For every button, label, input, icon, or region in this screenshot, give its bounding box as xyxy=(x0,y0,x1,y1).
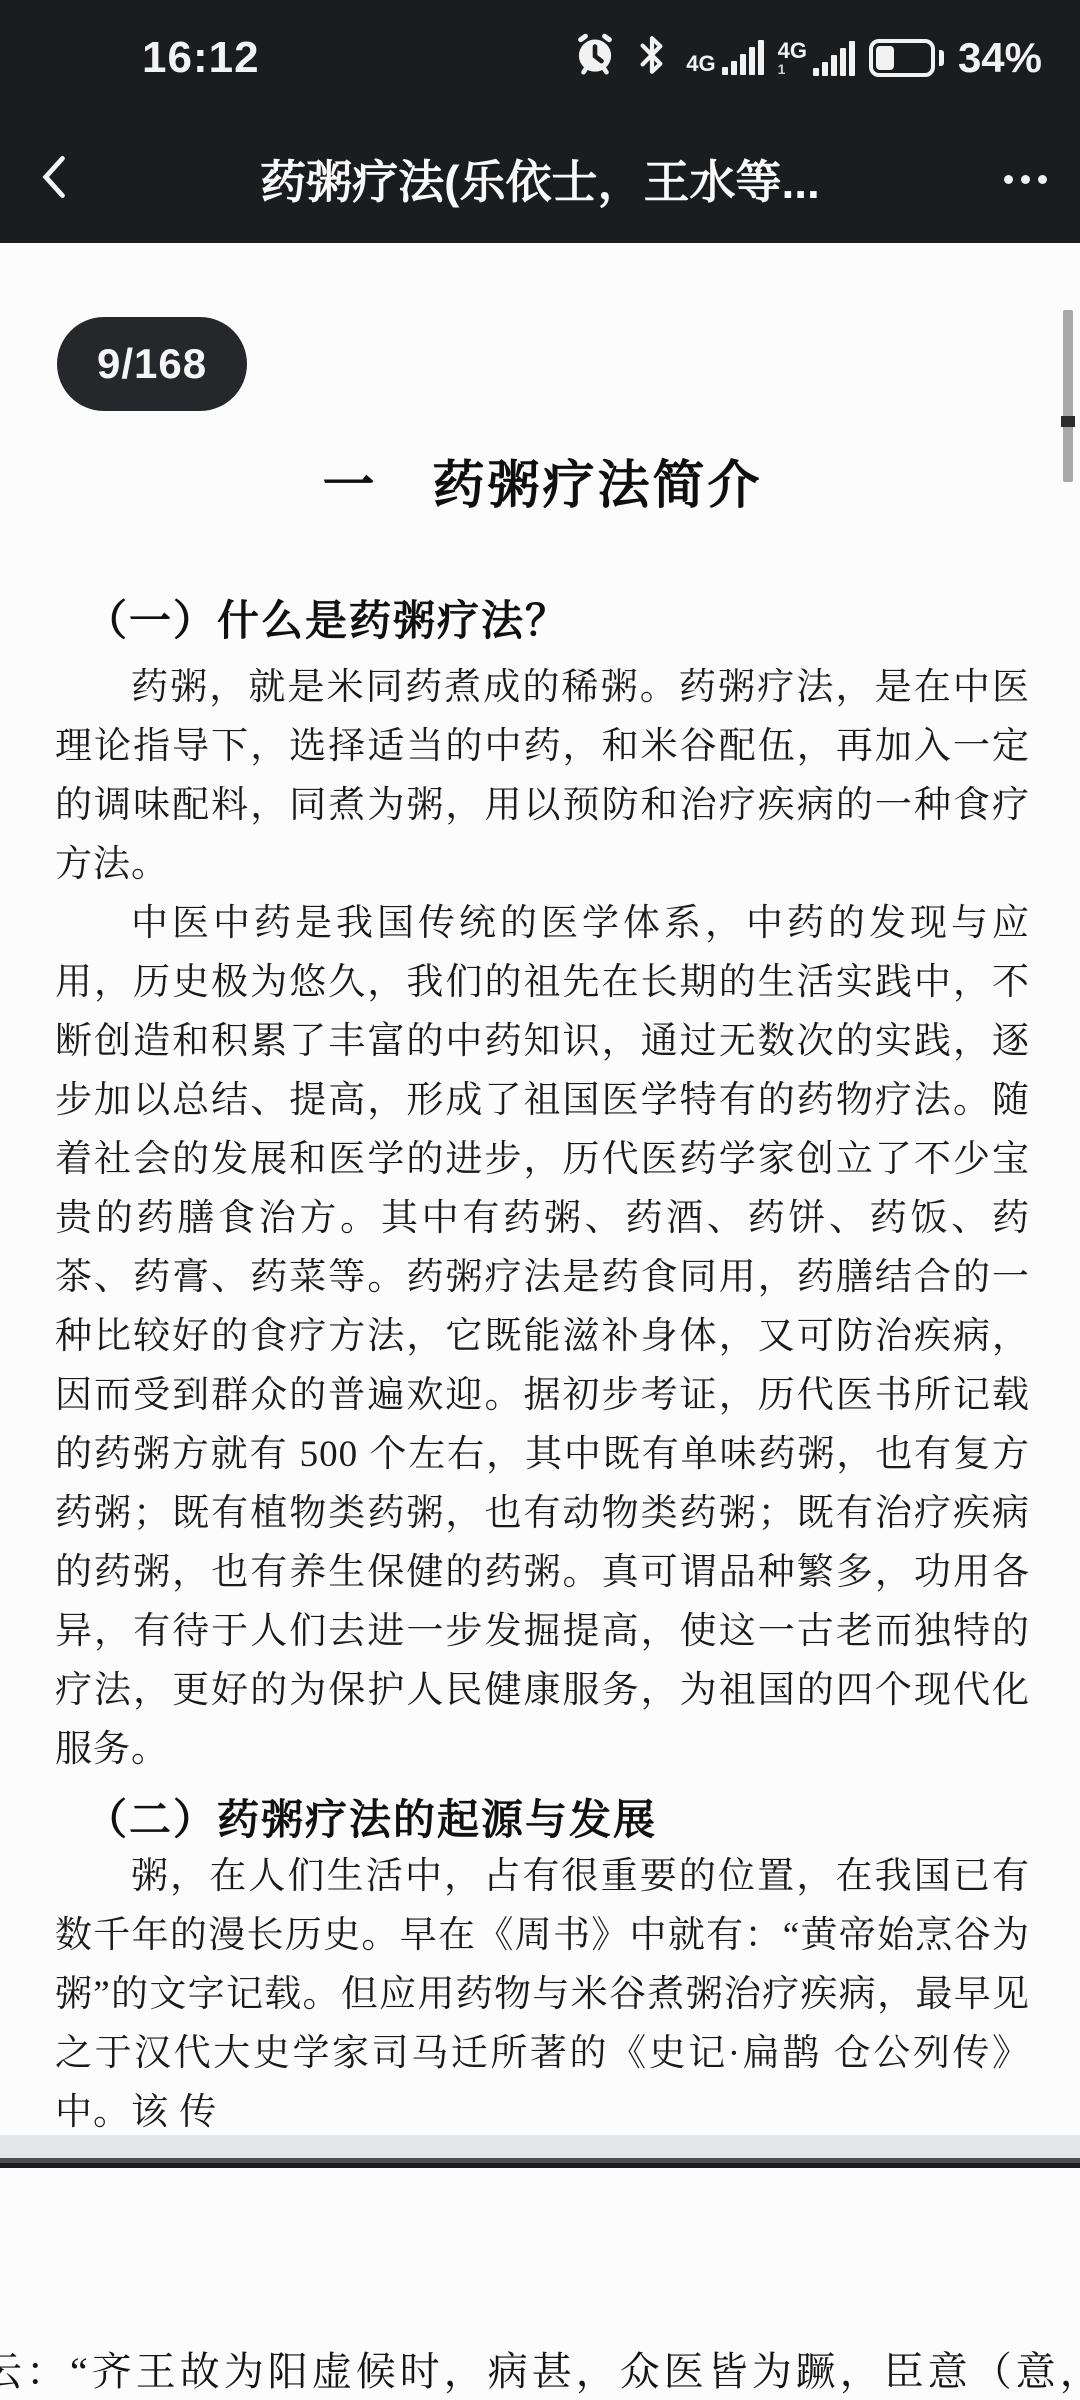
status-icons: 4G 4G 1 34% xyxy=(572,32,1042,83)
page-divider xyxy=(0,2135,1080,2163)
status-bar: 16:12 4G xyxy=(0,0,1080,115)
network-type-sim1: 4G xyxy=(686,53,715,75)
paragraph: 云：“齐王故为阳虚候时，病甚，众医皆为蹶，臣意（意，指 xyxy=(0,2344,1080,2400)
signal-sim1-icon: 4G xyxy=(686,40,763,75)
more-dots-icon xyxy=(1004,175,1047,184)
sim2-sub-indicator: 1 xyxy=(778,62,807,76)
scrollbar-mark xyxy=(1061,416,1075,427)
section-heading-1: （一）什么是药粥疗法？ xyxy=(85,588,1030,648)
signal-sim2-icon: 4G 1 xyxy=(778,40,855,76)
battery-percent: 34% xyxy=(958,34,1042,82)
chapter-title: 一 药粥疗法简介 xyxy=(55,443,1030,518)
battery-fill xyxy=(876,46,894,70)
paragraph: 粥，在人们生活中，占有很重要的位置，在我国已有数千年的漫长历史。早在《周书》中就… xyxy=(55,1847,1030,2135)
book-title: 药粥疗法(乐依士，王水等... xyxy=(110,146,970,212)
chevron-left-icon xyxy=(32,151,78,208)
signal-bars-sim2 xyxy=(813,41,855,76)
battery-icon xyxy=(869,39,944,77)
signal-bars-sim1 xyxy=(722,40,764,75)
alarm-icon xyxy=(572,32,618,83)
network-type-sim2: 4G 1 xyxy=(778,40,807,76)
scrollbar[interactable] xyxy=(1063,310,1073,482)
document-content: 一 药粥疗法简介 （一）什么是药粥疗法？ 药粥，就是米同药煮成的稀粥。药粥疗法，… xyxy=(55,243,1030,2135)
document-page-2[interactable]: 云：“齐王故为阳虚候时，病甚，众医皆为蹶，臣意（意，指 xyxy=(0,2168,1080,2400)
paragraph: 药粥，就是米同药煮成的稀粥。药粥疗法，是在中医理论指导下，选择适当的中药，和米谷… xyxy=(55,658,1030,894)
paragraph: 中医中药是我国传统的医学体系，中药的发现与应用，历史极为悠久，我们的祖先在长期的… xyxy=(55,894,1030,1779)
phone-screen: 16:12 4G xyxy=(0,0,1080,2400)
overflow-menu-button[interactable] xyxy=(970,115,1080,243)
section-heading-2: （二）药粥疗法的起源与发展 xyxy=(85,1787,1030,1847)
back-button[interactable] xyxy=(0,115,110,243)
bluetooth-icon xyxy=(632,32,672,83)
clock-time: 16:12 xyxy=(142,33,260,83)
document-page-1[interactable]: 9/168 一 药粥疗法简介 （一）什么是药粥疗法？ 药粥，就是米同药煮成的稀粥… xyxy=(0,243,1080,2135)
app-header: 药粥疗法(乐依士，王水等... xyxy=(0,115,1080,243)
